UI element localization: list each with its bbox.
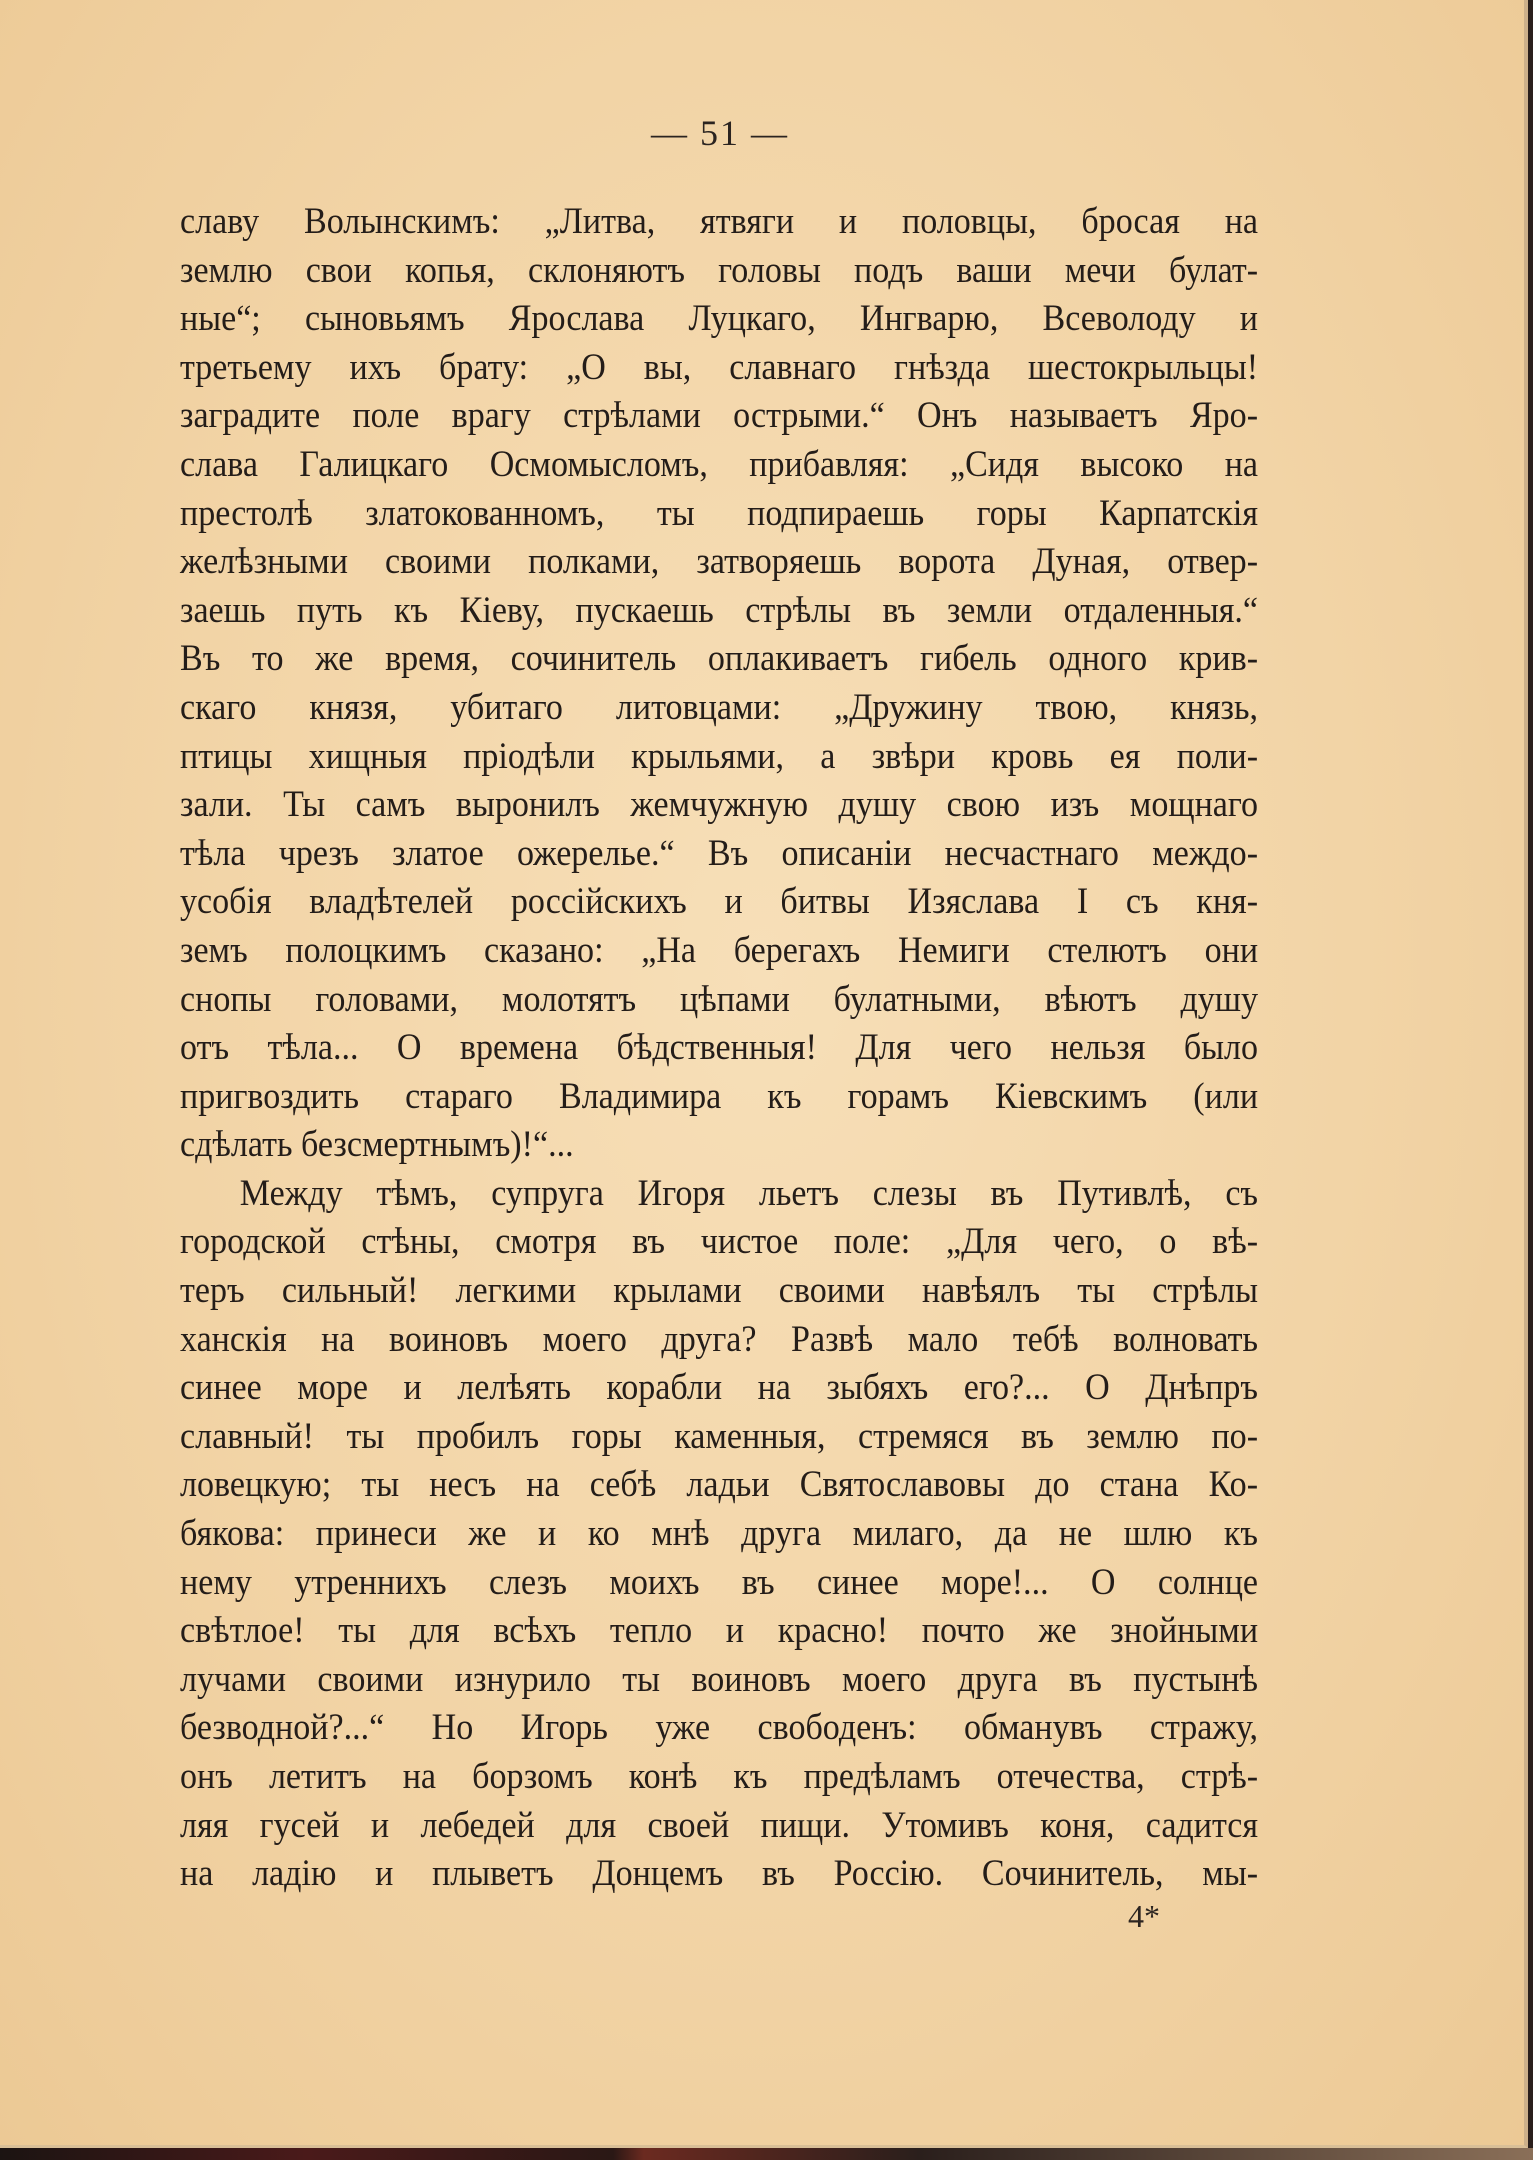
text-line: зали. Ты самъ выронилъ жемчужную душу св… bbox=[180, 781, 1258, 830]
text-line: третьему ихъ брату: „О вы, славнаго гнѣз… bbox=[180, 344, 1258, 393]
text-line: земъ полоцкимъ сказано: „На берегахъ Нем… bbox=[180, 927, 1258, 976]
text-line: славу Волынскимъ: „Литва, ятвяги и полов… bbox=[180, 198, 1258, 247]
text-line: городской стѣны, смотря въ чистое поле: … bbox=[180, 1218, 1258, 1267]
text-line: Между тѣмъ, супруга Игоря льетъ слезы въ… bbox=[180, 1170, 1258, 1219]
text-line: ляя гусей и лебедей для своей пищи. Утом… bbox=[180, 1802, 1258, 1851]
text-line: лучами своими изнурило ты воиновъ моего … bbox=[180, 1656, 1258, 1705]
text-line: ловецкую; ты несъ на себѣ ладьи Святосла… bbox=[180, 1461, 1258, 1510]
text-line: усобія владѣтелей россійскихъ и битвы Из… bbox=[180, 878, 1258, 927]
text-line: нему утреннихъ слезъ моихъ въ синее море… bbox=[180, 1559, 1258, 1608]
scan-bottom-edge bbox=[0, 2148, 1533, 2160]
text-line: на ладію и плыветъ Донцемъ въ Россію. Со… bbox=[180, 1850, 1258, 1899]
text-line: заградите поле врагу стрѣлами острыми.“ … bbox=[180, 392, 1258, 441]
text-line: слава Галицкаго Осмомысломъ, прибавляя: … bbox=[180, 441, 1258, 490]
text-line: Въ то же время, сочинитель оплакиваетъ г… bbox=[180, 635, 1258, 684]
text-line: отъ тѣла... О времена бѣдственныя! Для ч… bbox=[180, 1024, 1258, 1073]
text-line: теръ сильный! легкими крылами своими нав… bbox=[180, 1267, 1258, 1316]
text-line: бякова: принеси же и ко мнѣ друга милаго… bbox=[180, 1510, 1258, 1559]
text-line: пригвоздить стараго Владимира къ горамъ … bbox=[180, 1073, 1258, 1122]
text-line: желѣзными своими полками, затворяешь вор… bbox=[180, 538, 1258, 587]
text-line: тѣла чрезъ златое ожерелье.“ Въ описаніи… bbox=[180, 830, 1258, 879]
text-line: заешь путь къ Кіеву, пускаешь стрѣлы въ … bbox=[180, 587, 1258, 636]
text-line: свѣтлое! ты для всѣхъ тепло и красно! по… bbox=[180, 1607, 1258, 1656]
text-line: землю свои копья, склоняютъ головы подъ … bbox=[180, 247, 1258, 296]
text-line: славный! ты пробилъ горы каменныя, стрем… bbox=[180, 1413, 1258, 1462]
book-page: — 51 — славу Волынскимъ: „Литва, ятвяги … bbox=[0, 0, 1528, 2148]
text-line: снопы головами, молотятъ цѣпами булатным… bbox=[180, 976, 1258, 1025]
text-line: безводной?...“ Но Игорь уже свободенъ: о… bbox=[180, 1704, 1258, 1753]
signature-mark: 4* bbox=[1128, 1898, 1160, 1935]
body-text: славу Волынскимъ: „Литва, ятвяги и полов… bbox=[180, 198, 1258, 1899]
text-line: птицы хищныя пріодѣли крыльями, а звѣри … bbox=[180, 733, 1258, 782]
text-line: престолѣ златокованномъ, ты подпираешь г… bbox=[180, 490, 1258, 539]
text-line: онъ летитъ на борзомъ конѣ къ предѣламъ … bbox=[180, 1753, 1258, 1802]
text-line: скаго князя, убитаго литовцами: „Дружину… bbox=[180, 684, 1258, 733]
text-line: синее море и лелѣять корабли на зыбяхъ е… bbox=[180, 1364, 1258, 1413]
page-number: — 51 — bbox=[0, 112, 1440, 154]
text-line: ные“; сыновьямъ Ярослава Луцкаго, Ингвар… bbox=[180, 295, 1258, 344]
text-line: ханскія на воиновъ моего друга? Развѣ ма… bbox=[180, 1316, 1258, 1365]
text-line: сдѣлать безсмертнымъ)!“... bbox=[180, 1121, 1258, 1170]
